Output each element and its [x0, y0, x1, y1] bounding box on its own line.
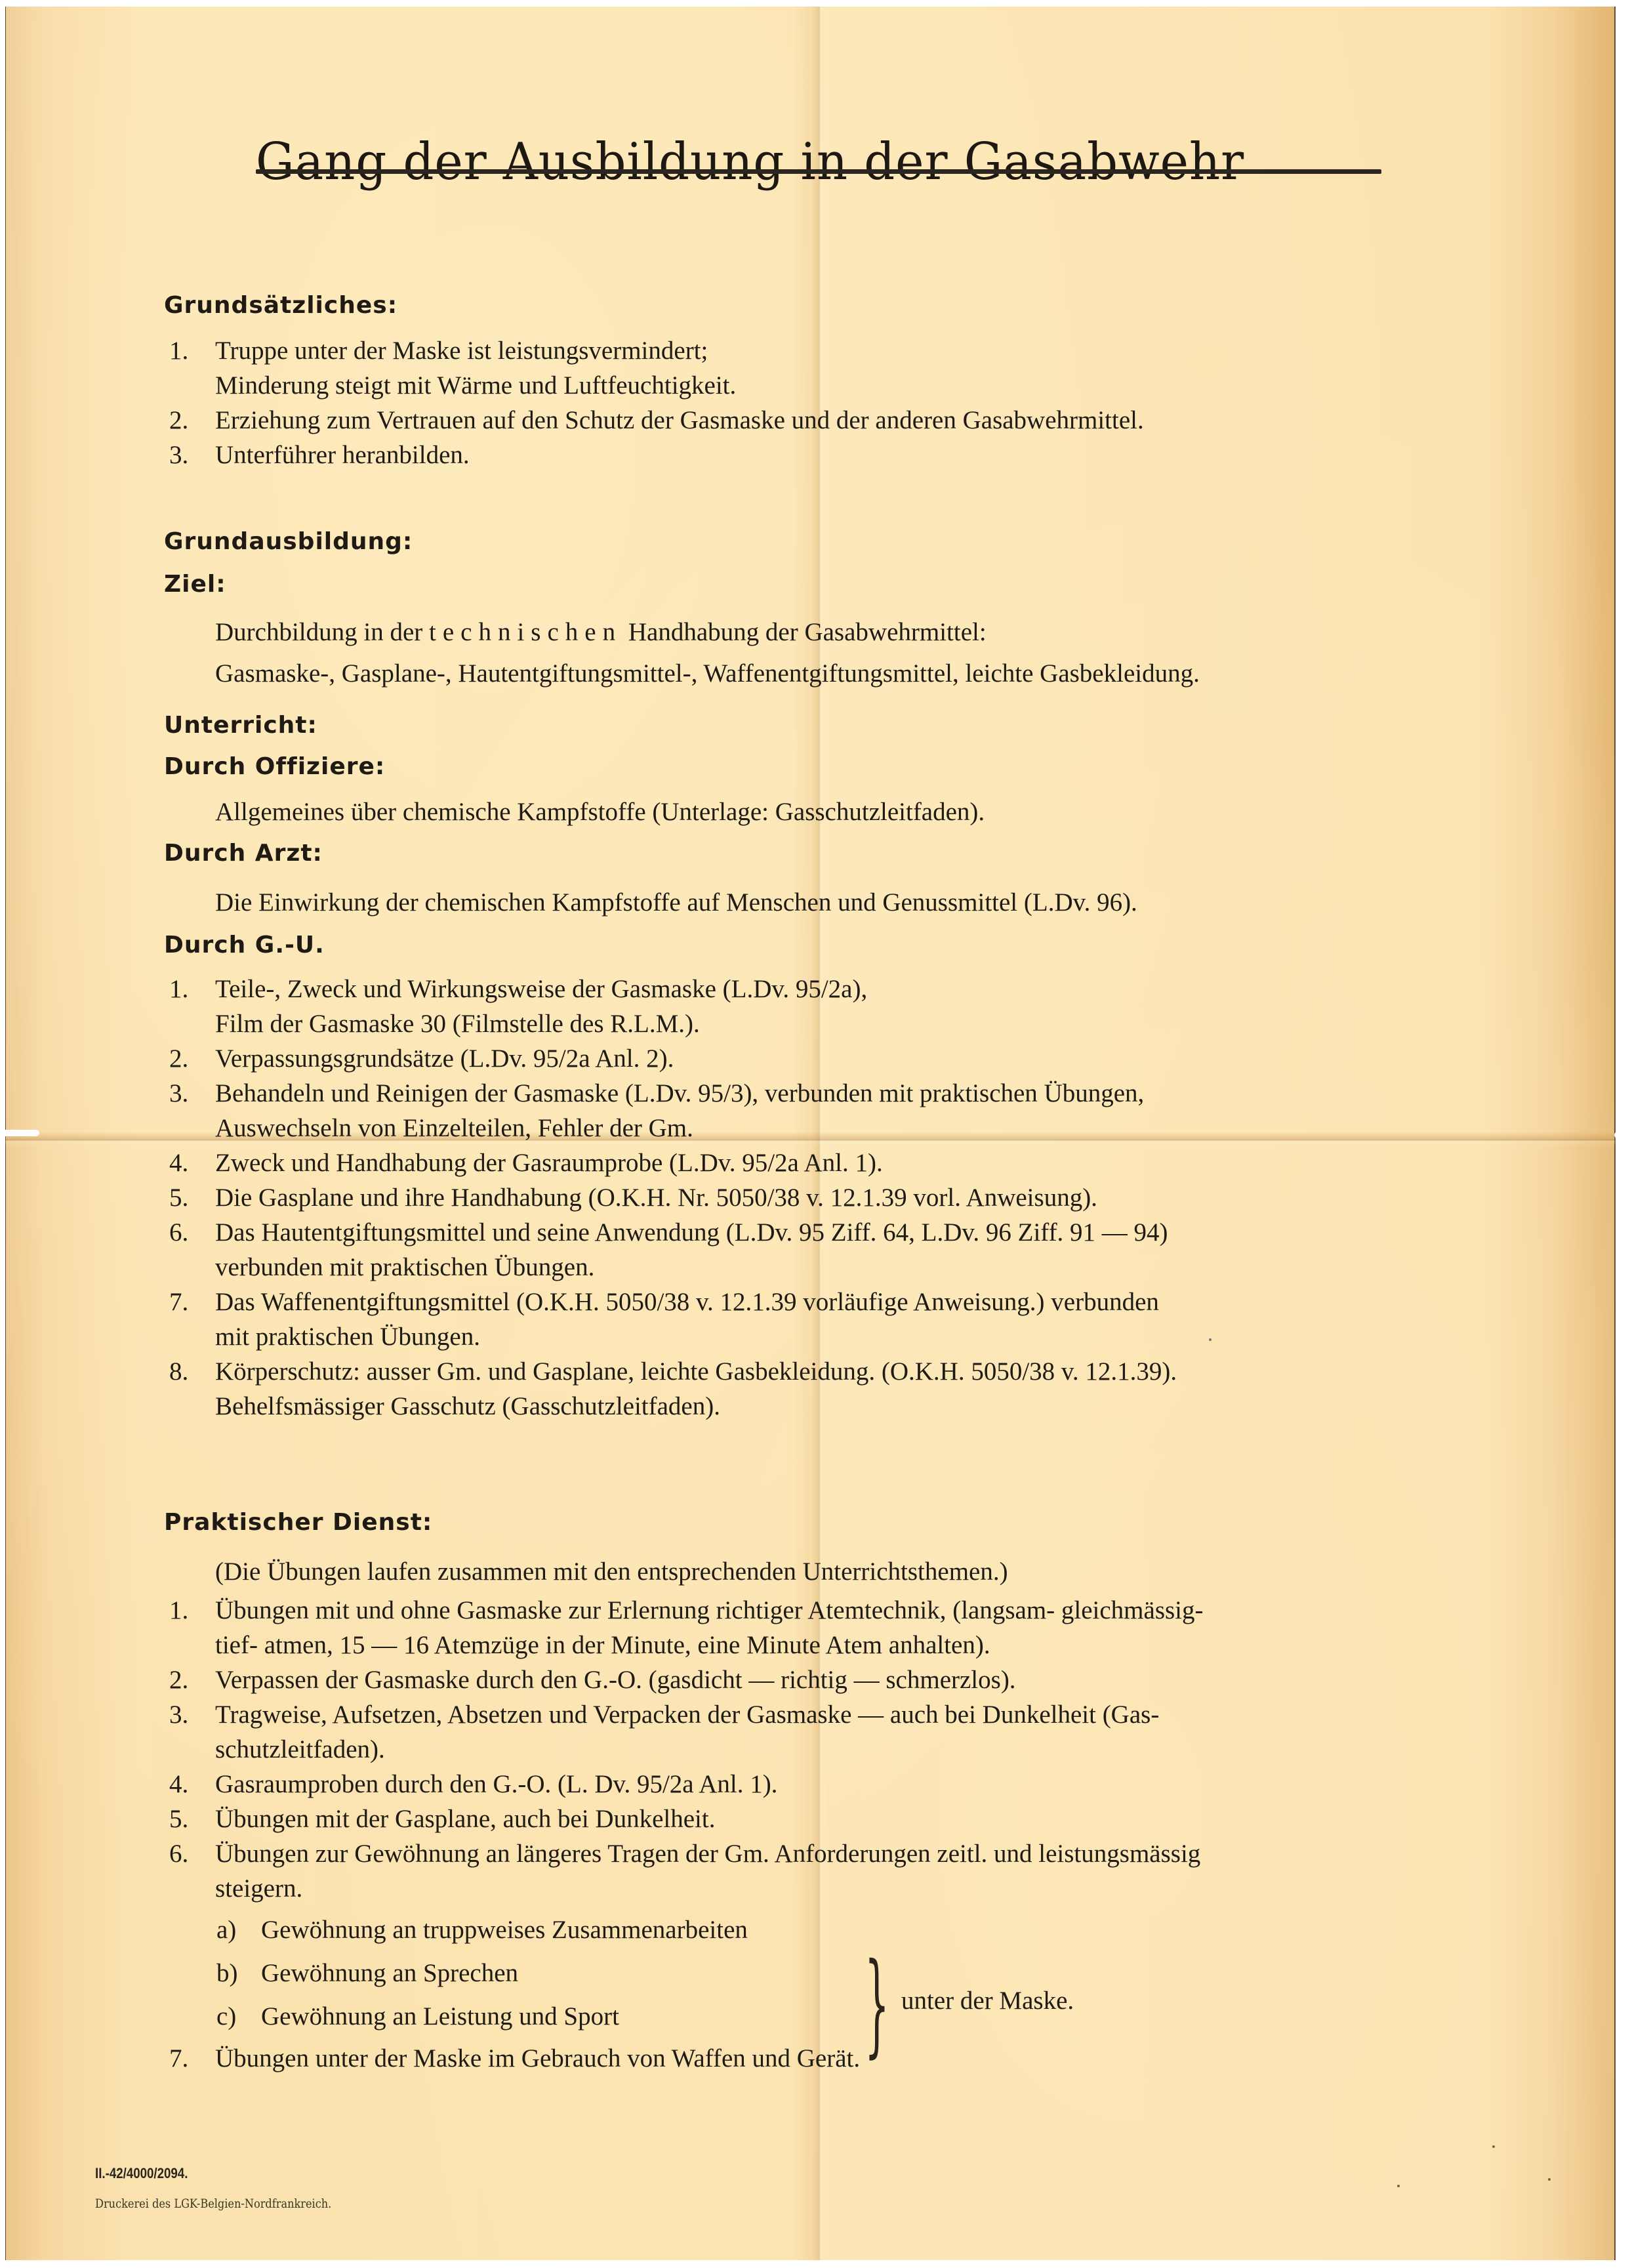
- item-number: 3.: [169, 1697, 188, 1732]
- paper-speck: [1548, 2178, 1551, 2181]
- item-number: 2.: [169, 1041, 188, 1076]
- sub-list-item: c) Gewöhnung an Leistung und Sport: [164, 1995, 1476, 2038]
- section-heading: Praktischer Dienst:: [164, 1509, 1476, 1536]
- title-underline: [256, 169, 1381, 174]
- section-heading: Grundsätzliches:: [164, 292, 1476, 319]
- item-text: Unterführer heranbilden.: [215, 441, 470, 469]
- item-text: Behelfsmässiger Gasschutz (Gasschutzleit…: [215, 1392, 720, 1420]
- item-text: Gasraumproben durch den G.-O. (L. Dv. 95…: [215, 1770, 777, 1798]
- item-number: 7.: [169, 1285, 188, 1319]
- item-number: 3.: [169, 438, 188, 472]
- item-number: 4.: [169, 1767, 188, 1802]
- list-item: 7. Übungen unter der Maske im Gebrauch v…: [164, 2041, 1476, 2076]
- item-text: Übungen unter der Maske im Gebrauch von …: [215, 2044, 860, 2072]
- item-text: Auswechseln von Einzelteilen, Fehler der…: [215, 1114, 693, 1142]
- item-text: Das Hautentgiftungsmittel und seine Anwe…: [215, 1218, 1168, 1247]
- item-number: 1.: [169, 333, 188, 368]
- item-text: Erziehung zum Vertrauen auf den Schutz d…: [215, 406, 1144, 434]
- sub-list-item: a) Gewöhnung an truppweises Zusammenarbe…: [164, 1908, 1476, 1952]
- section-heading: Unterricht:: [164, 712, 1476, 739]
- document-content: Gang der Ausbildung in der Gasabwehr Gru…: [0, 0, 1630, 2268]
- item-text: mit praktischen Übungen.: [215, 1323, 480, 1351]
- paper-speck: [1397, 2185, 1400, 2187]
- item-number: 4.: [169, 1145, 188, 1180]
- subsection-heading-ziel: Ziel:: [164, 571, 1476, 598]
- item-letter: c): [216, 1995, 236, 2038]
- item-text: Übungen zur Gewöhnung an längeres Tragen…: [215, 1840, 1200, 1868]
- item-number: 3.: [169, 1076, 188, 1111]
- printer-imprint: Druckerei des LGK-Belgien-Nordfrankreich…: [95, 2196, 331, 2211]
- list-item: 2. Verpassen der Gasmaske durch den G.-O…: [164, 1662, 1476, 1697]
- item-number: 1.: [169, 1593, 188, 1628]
- praktisch-numbered-list: 1. Übungen mit und ohne Gasmaske zur Erl…: [164, 1593, 1476, 1906]
- item-text: Gewöhnung an Sprechen: [261, 1959, 518, 1987]
- gu-numbered-list: 1. Teile-, Zweck und Wirkungsweise der G…: [164, 972, 1476, 1424]
- item-number: 6.: [169, 1836, 188, 1871]
- item-number: 6.: [169, 1215, 188, 1250]
- item-text: steigern.: [215, 1874, 302, 1903]
- ink-speck: [1209, 1338, 1212, 1341]
- brace-label: unter der Maske.: [901, 1986, 1074, 2015]
- list-item: 6. Das Hautentgiftungsmittel und seine A…: [164, 1215, 1476, 1285]
- list-item: 2. Verpassungsgrundsätze (L.Dv. 95/2a An…: [164, 1041, 1476, 1076]
- list-item: 4. Zweck und Handhabung der Gasraumprobe…: [164, 1145, 1476, 1180]
- item-text: Teile-, Zweck und Wirkungsweise der Gasm…: [215, 975, 867, 1003]
- arzt-text: Die Einwirkung der chemischen Kampfstoff…: [164, 885, 1476, 920]
- list-item: 3. Tragweise, Aufsetzen, Absetzen und Ve…: [164, 1697, 1476, 1767]
- lettered-sublist: a) Gewöhnung an truppweises Zusammenarbe…: [164, 1908, 1476, 2038]
- subsection-heading-gu: Durch G.-U.: [164, 932, 1476, 959]
- item-text: verbunden mit praktischen Übungen.: [215, 1253, 594, 1281]
- list-item: 8. Körperschutz: ausser Gm. und Gasplane…: [164, 1354, 1476, 1424]
- item-text: Übungen mit der Gasplane, auch bei Dunke…: [215, 1805, 715, 1833]
- ziel-line-2: Gasmaske-, Gasplane-, Hautentgiftungsmit…: [164, 656, 1476, 691]
- list-item: 3. Behandeln und Reinigen der Gasmaske (…: [164, 1076, 1476, 1145]
- list-item: 1. Übungen mit und ohne Gasmaske zur Erl…: [164, 1593, 1476, 1662]
- item-letter: a): [216, 1908, 236, 1952]
- item-number: 1.: [169, 972, 188, 1006]
- item-number: 2.: [169, 1662, 188, 1697]
- item-text: tief- atmen, 15 — 16 Atemzüge in der Min…: [215, 1631, 990, 1659]
- item-text: Behandeln und Reinigen der Gasmaske (L.D…: [215, 1079, 1144, 1107]
- item-text: Zweck und Handhabung der Gasraumprobe (L…: [215, 1149, 883, 1177]
- item-number: 8.: [169, 1354, 188, 1389]
- section-grundsaetzliches: Grundsätzliches: 1. Truppe unter der Mas…: [164, 292, 1476, 472]
- item-number: 7.: [169, 2041, 188, 2076]
- list-item: 3. Unterführer heranbilden.: [164, 438, 1476, 472]
- item-text: schutzleitfaden).: [215, 1735, 385, 1763]
- praktischer-dienst-intro: (Die Übungen laufen zusammen mit den ent…: [164, 1554, 1476, 1589]
- list-item: 2. Erziehung zum Vertrauen auf den Schut…: [164, 403, 1476, 438]
- item-text: Die Gasplane und ihre Handhabung (O.K.H.…: [215, 1184, 1097, 1212]
- item-text: Körperschutz: ausser Gm. und Gasplane, l…: [215, 1357, 1177, 1386]
- item-text: Truppe unter der Maske ist leistungsverm…: [215, 337, 708, 365]
- section-praktischer-dienst: Praktischer Dienst: (Die Übungen laufen …: [164, 1509, 1476, 2076]
- offiziere-text: Allgemeines über chemische Kampfstoffe (…: [164, 794, 1476, 829]
- item-text: Minderung steigt mit Wärme und Luftfeuch…: [215, 371, 736, 400]
- curly-brace-icon: }: [865, 1952, 872, 2057]
- ziel-text: Durchbildung in der technischen Handhabu…: [164, 615, 1476, 691]
- list-item: 1. Truppe unter der Maske ist leistungsv…: [164, 333, 1476, 403]
- section-grundausbildung: Grundausbildung: Ziel: Durchbildung in d…: [164, 528, 1476, 691]
- item-letter: b): [216, 1952, 238, 1995]
- item-text: Übungen mit und ohne Gasmaske zur Erlern…: [215, 1596, 1204, 1624]
- subsection-heading-offiziere: Durch Offiziere:: [164, 753, 1476, 780]
- list-item: 4. Gasraumproben durch den G.-O. (L. Dv.…: [164, 1767, 1476, 1802]
- list-item: 5. Übungen mit der Gasplane, auch bei Du…: [164, 1802, 1476, 1836]
- sub-list-item: b) Gewöhnung an Sprechen: [164, 1952, 1476, 1995]
- section-heading: Grundausbildung:: [164, 528, 1476, 555]
- list-item: 6. Übungen zur Gewöhnung an längeres Tra…: [164, 1836, 1476, 1906]
- section-unterricht: Unterricht: Durch Offiziere: Allgemeines…: [164, 712, 1476, 1424]
- text-segment: Durchbildung in der: [215, 618, 422, 646]
- item-text: Gewöhnung an Leistung und Sport: [261, 2002, 619, 2031]
- subsection-heading-arzt: Durch Arzt:: [164, 840, 1476, 867]
- list-item: 7. Das Waffenentgiftungsmittel (O.K.H. 5…: [164, 1285, 1476, 1354]
- item-text: Gewöhnung an truppweises Zusammenarbeite…: [261, 1916, 748, 1944]
- numbered-list: 1. Truppe unter der Maske ist leistungsv…: [164, 333, 1476, 472]
- item-number: 5.: [169, 1802, 188, 1836]
- ziel-line-1: Durchbildung in der technischen Handhabu…: [164, 615, 1476, 649]
- list-item: 5. Die Gasplane und ihre Handhabung (O.K…: [164, 1180, 1476, 1215]
- list-item: 1. Teile-, Zweck und Wirkungsweise der G…: [164, 972, 1476, 1041]
- item-number: 5.: [169, 1180, 188, 1215]
- item-text: Verpassen der Gasmaske durch den G.-O. (…: [215, 1666, 1016, 1694]
- item-text: Verpassungsgrundsätze (L.Dv. 95/2a Anl. …: [215, 1044, 674, 1073]
- document-title: Gang der Ausbildung in der Gasabwehr: [256, 133, 1304, 192]
- item-text: Das Waffenentgiftungsmittel (O.K.H. 5050…: [215, 1288, 1159, 1316]
- emphasized-word: technischen: [429, 618, 622, 646]
- item-text: Tragweise, Aufsetzen, Absetzen und Verpa…: [215, 1701, 1159, 1729]
- paper-speck: [1492, 2145, 1495, 2148]
- print-code: II.-42/4000/2094.: [95, 2165, 188, 2182]
- text-segment: Handhabung der Gasabwehrmittel:: [628, 618, 987, 646]
- item-text: Film der Gasmaske 30 (Filmstelle des R.L…: [215, 1010, 700, 1038]
- item-number: 2.: [169, 403, 188, 438]
